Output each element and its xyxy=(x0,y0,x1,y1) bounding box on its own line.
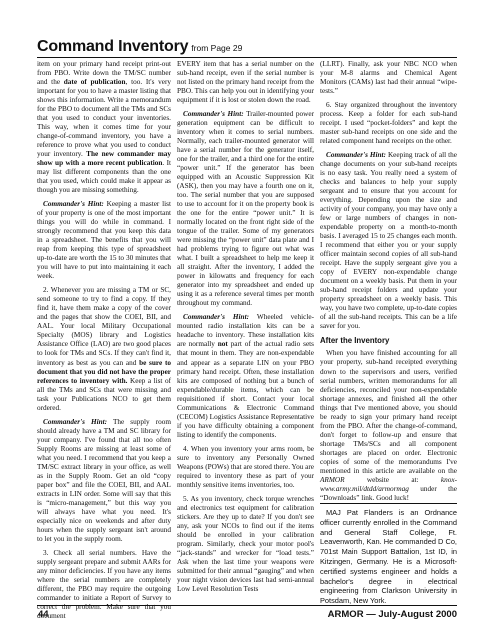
bold-text: date of publication xyxy=(64,78,126,86)
commander-hint: Commander's Hint: Keeping track of all t… xyxy=(320,151,457,331)
continued-from-label: from Page 29 xyxy=(191,43,242,53)
paragraph: 2. Whenever you are missing a TM or SC, … xyxy=(37,286,171,412)
commander-hint: Commander's Hint: The supply room should… xyxy=(37,418,171,544)
header-divider xyxy=(37,57,457,58)
commander-hint: Commander's Hint: Wheeled vehicle-mounte… xyxy=(177,313,314,439)
page-number: 44 xyxy=(38,609,49,620)
paragraph: item on your primary hand receipt print-… xyxy=(37,60,171,195)
hint-label: Commander's Hint: xyxy=(183,313,249,321)
paragraph: 4. When you inventory your arms room, be… xyxy=(177,445,314,490)
commander-hint: Commander's Hint: Trailer-mounted power … xyxy=(177,110,314,308)
hint-label: Commander's Hint: xyxy=(326,151,386,159)
text: The supply room should already have a TM… xyxy=(37,418,171,543)
paragraph: 5. As you inventory, check torque wrench… xyxy=(177,495,314,594)
hint-label: Commander's Hint: xyxy=(43,418,107,426)
author-bio: MAJ Pat Flanders is an Ordnance officer … xyxy=(320,508,457,606)
text: 2. Whenever you are missing a TM or SC, … xyxy=(37,286,171,366)
paragraph: When you have finished accounting for al… xyxy=(320,349,457,502)
commander-hint: Commander's Hint: Keeping a master list … xyxy=(37,200,171,281)
italic-text: ARMOR xyxy=(320,476,345,484)
text: part of the actual radio sets that mount… xyxy=(177,340,314,438)
page-header: Command Inventoryfrom Page 29 xyxy=(37,38,457,56)
paragraph: EVERY item that has a serial number on t… xyxy=(177,60,314,105)
section-heading: After the Inventory xyxy=(320,336,457,345)
bio-divider xyxy=(320,503,457,504)
hint-label: Commander's Hint: xyxy=(43,200,104,208)
article-title: Command Inventory xyxy=(37,38,188,55)
text: Keeping track of all the change document… xyxy=(320,151,457,330)
paragraph: 6. Stay organized throughout the invento… xyxy=(320,101,457,146)
column-left: item on your primary hand receipt print-… xyxy=(37,60,171,626)
hint-label: Commander's Hint: xyxy=(183,110,244,118)
text: , too. It's very important for you to ha… xyxy=(37,78,171,158)
text: Keeping a master list of your property i… xyxy=(37,200,171,280)
footer-divider xyxy=(37,605,457,606)
bold-text: not xyxy=(218,340,228,348)
paragraph: (LLRT). Finally, ask your NBC NCO when y… xyxy=(320,60,457,96)
column-right: (LLRT). Finally, ask your NBC NCO when y… xyxy=(320,60,457,508)
magazine-issue: ARMOR — July-August 2000 xyxy=(328,609,457,620)
paragraph: 3. Check all serial numbers. Have the su… xyxy=(37,549,171,621)
text: When you have finished accounting for al… xyxy=(320,349,457,474)
text: website at: xyxy=(345,476,441,484)
column-middle: EVERY item that has a serial number on t… xyxy=(177,60,314,599)
text: Trailer-mounted power generation equipme… xyxy=(177,110,314,307)
